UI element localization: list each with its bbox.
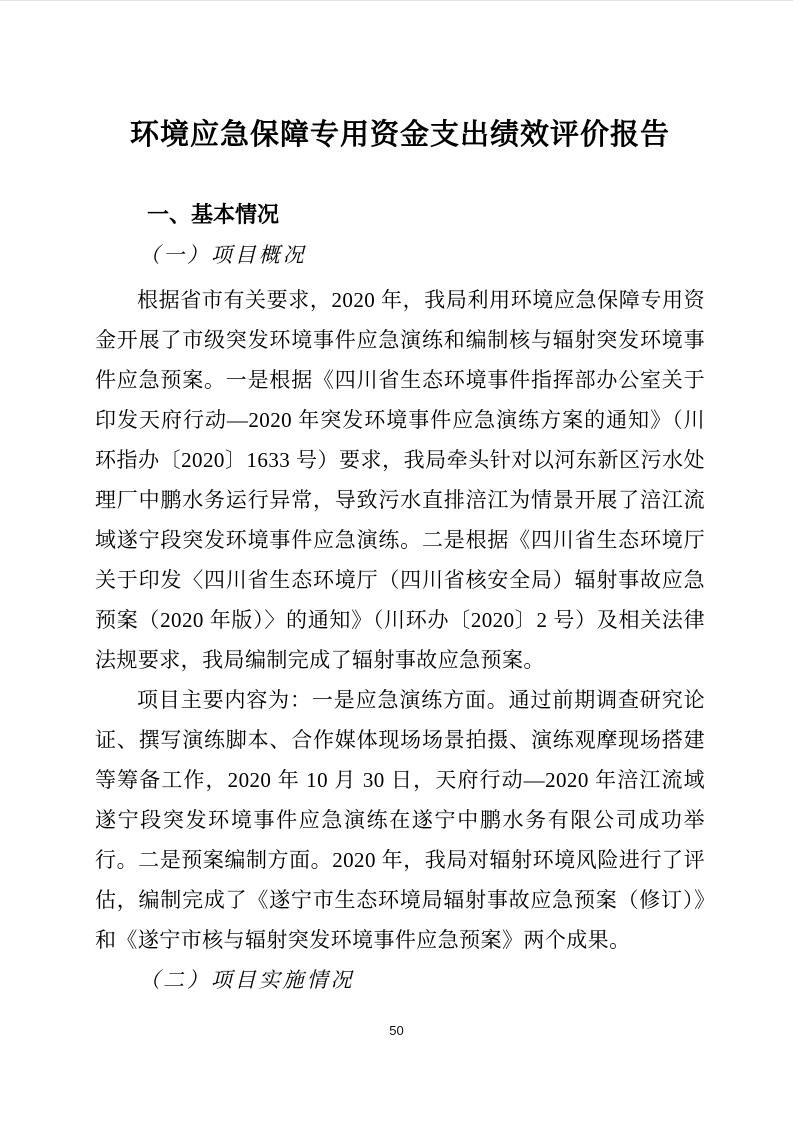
subsection-heading-project-implementation: （二）项目实施情况: [95, 960, 705, 1000]
document-title: 环境应急保障专用资金支出绩效评价报告: [95, 113, 705, 157]
paragraph-project-main-content: 项目主要内容为：一是应急演练方面。通过前期调查研究论证、撰写演练脚本、合作媒体现…: [95, 680, 705, 960]
document-page: 环境应急保障专用资金支出绩效评价报告 一、基本情况 （一）项目概况 根据省市有关…: [0, 0, 793, 1122]
section-heading-basic-info: 一、基本情况: [95, 195, 705, 235]
subsection-heading-project-overview: （一）项目概况: [95, 235, 705, 275]
page-number: 50: [0, 1023, 793, 1038]
paragraph-project-background: 根据省市有关要求，2020 年，我局利用环境应急保障专用资金开展了市级突发环境事…: [95, 280, 705, 680]
